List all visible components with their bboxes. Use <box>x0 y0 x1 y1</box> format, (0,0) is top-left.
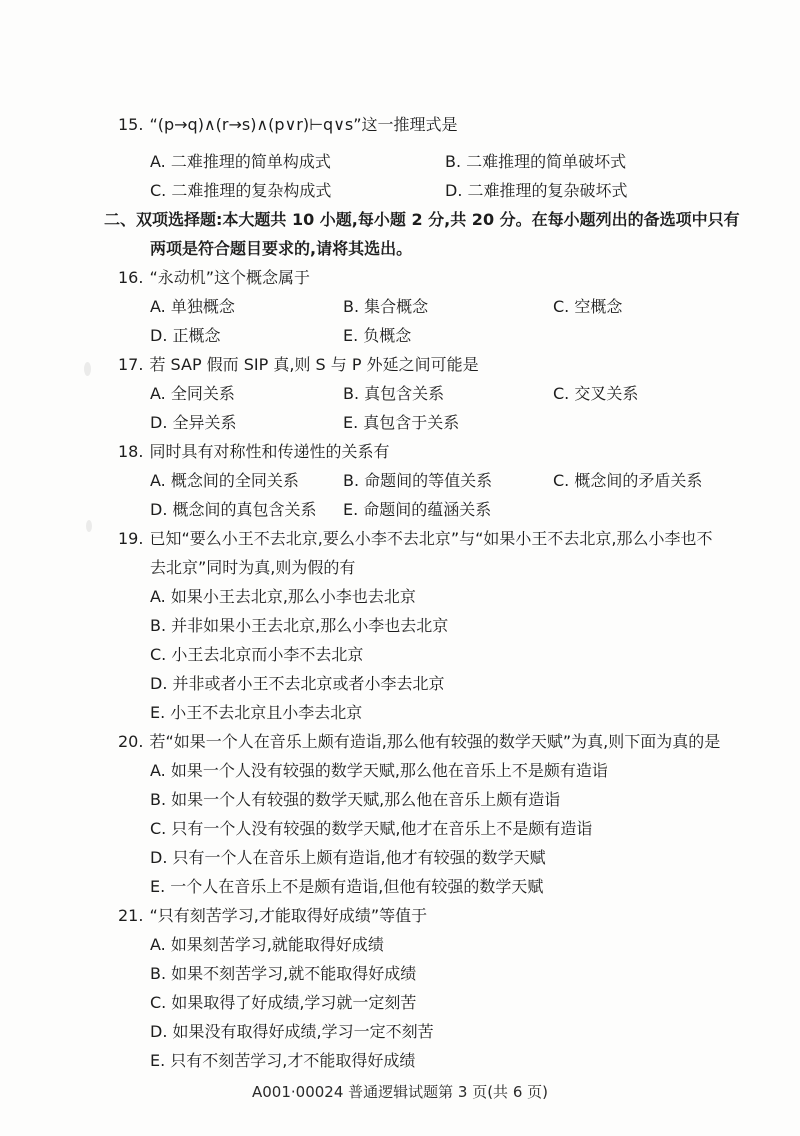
q21-option-c: C. 如果取得了好成绩,学习就一定刻苦 <box>150 988 800 1017</box>
q18-option-d: D. 概念间的真包含关系 <box>150 495 343 524</box>
q18-options-row-2: D. 概念间的真包含关系E. 命题间的蕴涵关系 <box>150 495 800 524</box>
q17-number: 17. <box>118 355 143 374</box>
q19-text-line-1: 已知“要么小王不去北京,要么小李不去北京”与“如果小王不去北京,那么小李也不 <box>149 529 712 548</box>
q18-option-a: A. 概念间的全同关系 <box>150 466 343 495</box>
q17-option-d: D. 全异关系 <box>150 408 343 437</box>
q21-text: “只有刻苦学习,才能取得好成绩”等值于 <box>149 906 427 925</box>
q18-option-e: E. 命题间的蕴涵关系 <box>343 495 491 524</box>
q17-text: 若 SAP 假而 SIP 真,则 S 与 P 外延之间可能是 <box>149 355 478 374</box>
q17-options-row-2: D. 全异关系E. 真包含于关系 <box>150 408 800 437</box>
q19-option-a: A. 如果小王去北京,那么小李也去北京 <box>150 582 800 611</box>
q17-option-a: A. 全同关系 <box>150 379 343 408</box>
question-17: 17.若 SAP 假而 SIP 真,则 S 与 P 外延之间可能是 A. 全同关… <box>0 350 800 437</box>
q15-option-d: D. 二难推理的复杂破坏式 <box>445 176 628 205</box>
q17-options-row-1: A. 全同关系B. 真包含关系C. 交叉关系 <box>150 379 800 408</box>
q16-stem: 16.“永动机”这个概念属于 <box>0 263 800 292</box>
q17-option-c: C. 交叉关系 <box>553 379 638 408</box>
question-16: 16.“永动机”这个概念属于 A. 单独概念B. 集合概念C. 空概念 D. 正… <box>0 263 800 350</box>
section-2-header: 二、双项选择题:本大题共 10 小题,每小题 2 分,共 20 分。在每小题列出… <box>0 205 800 263</box>
question-18: 18.同时具有对称性和传递性的关系有 A. 概念间的全同关系B. 命题间的等值关… <box>0 437 800 524</box>
q19-option-c: C. 小王去北京而小李不去北京 <box>150 640 800 669</box>
q17-option-b: B. 真包含关系 <box>343 379 553 408</box>
q19-option-b: B. 并非如果小王去北京,那么小李也去北京 <box>150 611 800 640</box>
q20-option-c: C. 只有一个人没有较强的数学天赋,他才在音乐上不是颇有造诣 <box>150 814 800 843</box>
q18-stem: 18.同时具有对称性和传递性的关系有 <box>0 437 800 466</box>
q18-option-b: B. 命题间的等值关系 <box>343 466 553 495</box>
q15-options-row-2: C. 二难推理的复杂构成式D. 二难推理的复杂破坏式 <box>150 176 800 205</box>
q20-stem: 20.若“如果一个人在音乐上颇有造诣,那么他有较强的数学天赋”为真,则下面为真的… <box>0 727 800 756</box>
section-2-header-line-2: 两项是符合题目要求的,请将其选出。 <box>150 234 800 263</box>
q21-option-b: B. 如果不刻苦学习,就不能取得好成绩 <box>150 959 800 988</box>
question-20: 20.若“如果一个人在音乐上颇有造诣,那么他有较强的数学天赋”为真,则下面为真的… <box>0 727 800 901</box>
q16-option-e: E. 负概念 <box>343 321 411 350</box>
q18-number: 18. <box>118 442 143 461</box>
q15-option-b: B. 二难推理的简单破坏式 <box>445 147 626 176</box>
q15-number: 15. <box>118 115 143 134</box>
q19-stem: 19.已知“要么小王不去北京,要么小李不去北京”与“如果小王不去北京,那么小李也… <box>0 524 800 553</box>
question-19: 19.已知“要么小王不去北京,要么小李不去北京”与“如果小王不去北京,那么小李也… <box>0 524 800 727</box>
q16-option-c: C. 空概念 <box>553 292 622 321</box>
exam-content: 15.“(p→q)∧(r→s)∧(p∨r)⊢q∨s”这一推理式是 A. 二难推理… <box>0 0 800 1075</box>
q16-options-row-2: D. 正概念E. 负概念 <box>150 321 800 350</box>
q15-text: “(p→q)∧(r→s)∧(p∨r)⊢q∨s”这一推理式是 <box>149 115 457 134</box>
q21-stem: 21.“只有刻苦学习,才能取得好成绩”等值于 <box>0 901 800 930</box>
q21-option-d: D. 如果没有取得好成绩,学习一定不刻苦 <box>150 1017 800 1046</box>
q15-option-c: C. 二难推理的复杂构成式 <box>150 176 445 205</box>
q21-option-a: A. 如果刻苦学习,就能取得好成绩 <box>150 930 800 959</box>
exam-page: 15.“(p→q)∧(r→s)∧(p∨r)⊢q∨s”这一推理式是 A. 二难推理… <box>0 0 800 1136</box>
q19-number: 19. <box>118 529 143 548</box>
q19-option-d: D. 并非或者小王不去北京或者小李去北京 <box>150 669 800 698</box>
q19-text-line-2: 去北京”同时为真,则为假的有 <box>150 553 800 582</box>
q16-option-b: B. 集合概念 <box>343 292 553 321</box>
q16-options-row-1: A. 单独概念B. 集合概念C. 空概念 <box>150 292 800 321</box>
page-footer: A001·00024 普通逻辑试题第 3 页(共 6 页) <box>0 1078 800 1107</box>
q18-text: 同时具有对称性和传递性的关系有 <box>149 442 389 461</box>
q15-options-row-1: A. 二难推理的简单构成式B. 二难推理的简单破坏式 <box>150 147 800 176</box>
q20-option-d: D. 只有一个人在音乐上颇有造诣,他才有较强的数学天赋 <box>150 843 800 872</box>
q15-option-a: A. 二难推理的简单构成式 <box>150 147 445 176</box>
q20-option-a: A. 如果一个人没有较强的数学天赋,那么他在音乐上不是颇有造诣 <box>150 756 800 785</box>
q21-number: 21. <box>118 906 143 925</box>
q17-option-e: E. 真包含于关系 <box>343 408 459 437</box>
q20-text: 若“如果一个人在音乐上颇有造诣,那么他有较强的数学天赋”为真,则下面为真的是 <box>149 732 720 751</box>
q18-option-c: C. 概念间的矛盾关系 <box>553 466 702 495</box>
q17-stem: 17.若 SAP 假而 SIP 真,则 S 与 P 外延之间可能是 <box>0 350 800 379</box>
q16-number: 16. <box>118 268 143 287</box>
question-15: 15.“(p→q)∧(r→s)∧(p∨r)⊢q∨s”这一推理式是 A. 二难推理… <box>0 110 800 205</box>
q20-number: 20. <box>118 732 143 751</box>
q18-options-row-1: A. 概念间的全同关系B. 命题间的等值关系C. 概念间的矛盾关系 <box>150 466 800 495</box>
q20-option-b: B. 如果一个人有较强的数学天赋,那么他在音乐上颇有造诣 <box>150 785 800 814</box>
scan-artifact <box>84 362 91 376</box>
q21-option-e: E. 只有不刻苦学习,才不能取得好成绩 <box>150 1046 800 1075</box>
section-2-header-line-1: 二、双项选择题:本大题共 10 小题,每小题 2 分,共 20 分。在每小题列出… <box>104 205 800 234</box>
q16-text: “永动机”这个概念属于 <box>149 268 310 287</box>
q20-option-e: E. 一个人在音乐上不是颇有造诣,但他有较强的数学天赋 <box>150 872 800 901</box>
scan-artifact <box>86 520 92 532</box>
q19-option-e: E. 小王不去北京且小李去北京 <box>150 698 800 727</box>
question-21: 21.“只有刻苦学习,才能取得好成绩”等值于 A. 如果刻苦学习,就能取得好成绩… <box>0 901 800 1075</box>
q16-option-d: D. 正概念 <box>150 321 343 350</box>
q16-option-a: A. 单独概念 <box>150 292 343 321</box>
q15-stem: 15.“(p→q)∧(r→s)∧(p∨r)⊢q∨s”这一推理式是 <box>0 110 800 139</box>
